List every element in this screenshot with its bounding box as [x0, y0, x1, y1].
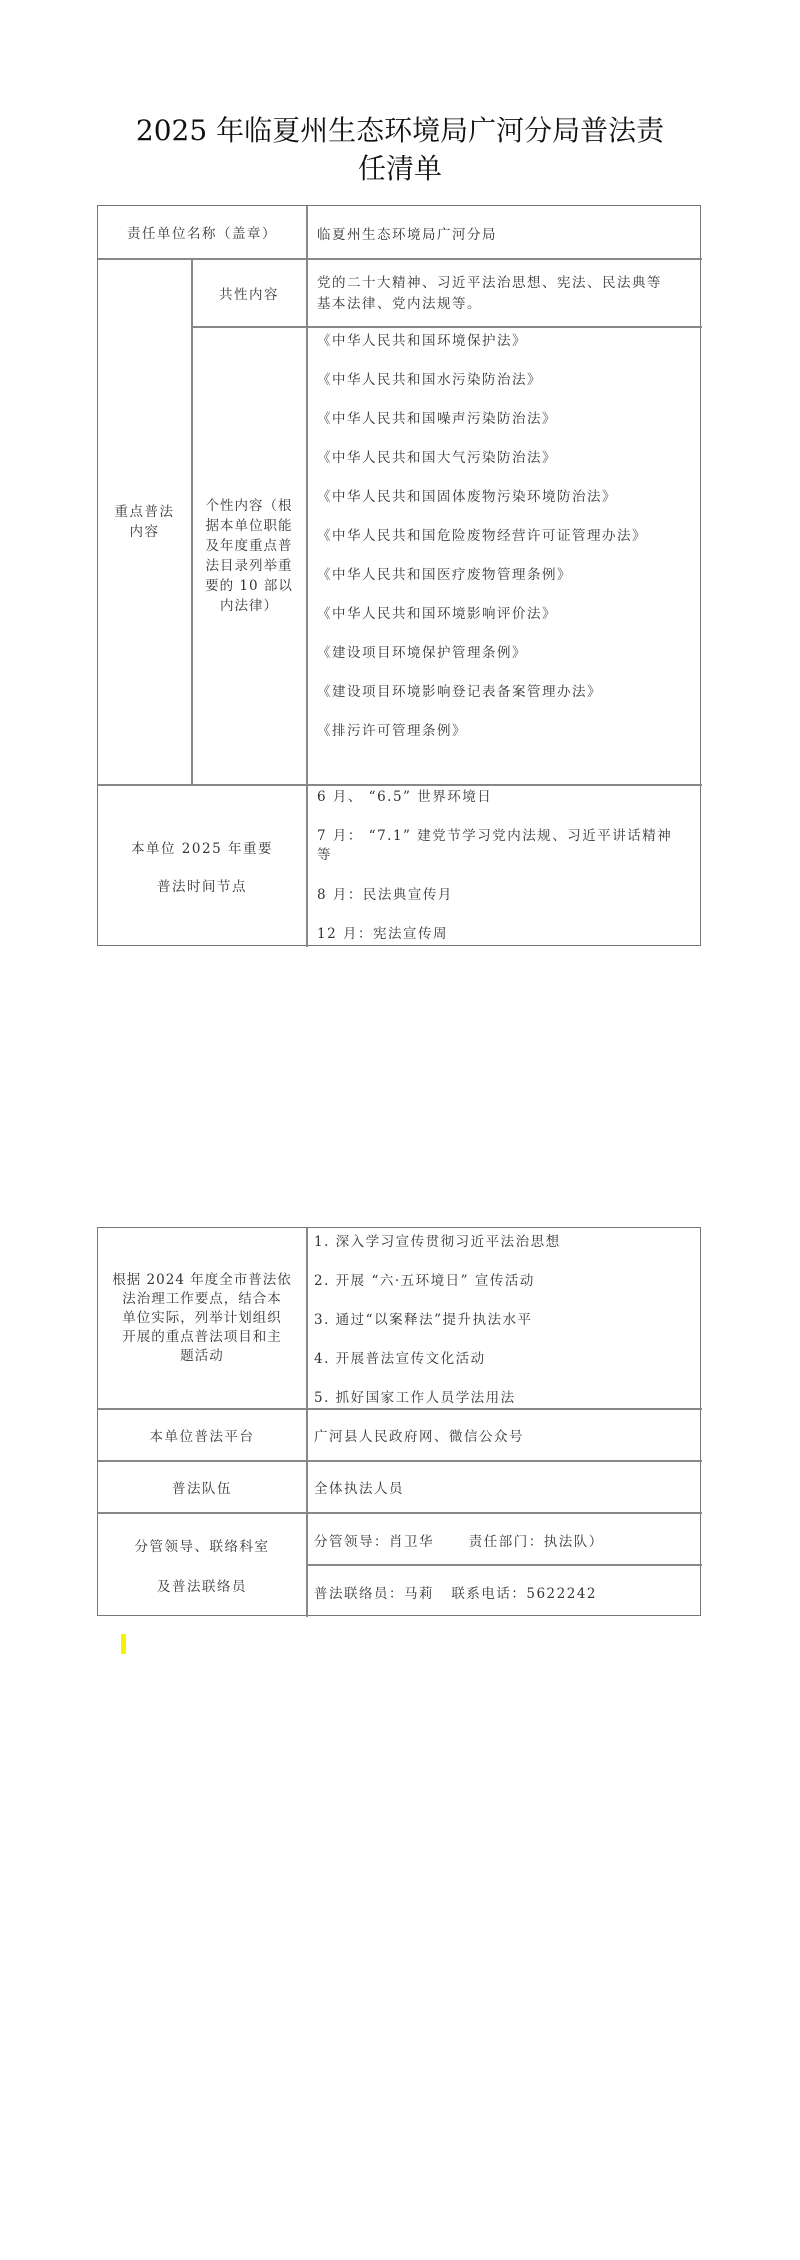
specific-label-line: 内法律）: [220, 596, 278, 616]
specific-label-line: 法目录列举重: [206, 556, 293, 576]
platform-value-text: 广河县人民政府网、微信公众号: [314, 1425, 524, 1445]
law-item: 《中华人民共和国环境保护法》: [317, 329, 527, 349]
projects-label-line: 题活动: [180, 1347, 224, 1366]
leader-text: 分管领导：肖卫华 责任部门：执法队）: [314, 1530, 604, 1550]
law-item: 《中华人民共和国固体废物污染环境防治法》: [317, 485, 617, 505]
time-node-item: 12 月：宪法宣传周: [317, 922, 448, 942]
law-item: 《建设项目环境保护管理条例》: [317, 641, 527, 661]
common-content-line: 党的二十大精神、习近平法治思想、宪法、民法典等: [317, 271, 662, 291]
platform-label: 本单位普法平台: [98, 1409, 306, 1460]
contacts-label: 分管领导、联络科室 及普法联络员: [98, 1513, 306, 1617]
projects-label-line: 开展的重点普法项目和主: [122, 1328, 282, 1347]
title-line-1: 2025 年临夏州生态环境局广河分局普法责: [80, 112, 720, 150]
common-content-value: 党的二十大精神、习近平法治思想、宪法、民法典等 基本法律、党内法规等。: [307, 259, 702, 326]
specific-label-line: 据本单位职能: [206, 516, 293, 536]
law-item: 《排污许可管理条例》: [317, 719, 467, 739]
time-node-item: 8 月：民法典宣传月: [317, 883, 453, 903]
key-content-label-line: 内容: [130, 522, 160, 542]
law-item: 《中华人民共和国大气污染防治法》: [317, 446, 557, 466]
specific-label-line: 及年度重点普: [206, 536, 293, 556]
liaison-text: 普法联络员：马莉 联系电话：5622242: [314, 1582, 597, 1602]
time-nodes-label-line: 本单位 2025 年重要: [131, 837, 273, 857]
laws-list: 《中华人民共和国环境保护法》 《中华人民共和国水污染防治法》 《中华人民共和国噪…: [307, 327, 702, 784]
time-nodes-label-line: 普法时间节点: [157, 875, 247, 895]
common-content-label-text: 共性内容: [219, 283, 279, 303]
highlight-mark: [121, 1634, 126, 1654]
law-item: 《建设项目环境影响登记表备案管理办法》: [317, 680, 602, 700]
specific-label-line: 要的 10 部以: [205, 576, 293, 596]
contacts-label-line: 及普法联络员: [157, 1575, 247, 1595]
document-title: 2025 年临夏州生态环境局广河分局普法责 任清单: [80, 112, 720, 188]
time-nodes-label: 本单位 2025 年重要 普法时间节点: [98, 785, 306, 947]
law-item: 《中华人民共和国危险废物经营许可证管理办法》: [317, 524, 647, 544]
team-label: 普法队伍: [98, 1461, 306, 1512]
project-item: 3. 通过“以案释法”提升执法水平: [314, 1308, 532, 1328]
law-item: 《中华人民共和国噪声污染防治法》: [317, 407, 557, 427]
title-line-2: 任清单: [80, 150, 720, 188]
law-item: 《中华人民共和国水污染防治法》: [317, 368, 542, 388]
team-value-text: 全体执法人员: [314, 1477, 404, 1497]
responsibility-table-2: 根据 2024 年度全市普法依 法治理工作要点，结合本 单位实际，列举计划组织 …: [97, 1227, 701, 1616]
projects-list: 1. 深入学习宣传贯彻习近平法治思想 2. 开展 “六·五环境日” 宣传活动 3…: [307, 1228, 702, 1408]
time-nodes-list: 6 月、 “6.5” 世界环境日 7 月： “7.1” 建党节学习党内法规、习近…: [307, 785, 702, 947]
contacts-label-line: 分管领导、联络科室: [135, 1535, 270, 1555]
unit-name-label-text: 责任单位名称（盖章）: [127, 222, 277, 242]
projects-label: 根据 2024 年度全市普法依 法治理工作要点，结合本 单位实际，列举计划组织 …: [98, 1228, 306, 1408]
leader-row: 分管领导：肖卫华 责任部门：执法队）: [307, 1513, 702, 1564]
project-item: 4. 开展普法宣传文化活动: [314, 1347, 486, 1367]
team-value: 全体执法人员: [307, 1461, 702, 1512]
unit-name-value: 临夏州生态环境局广河分局: [307, 206, 702, 258]
project-item: 1. 深入学习宣传贯彻习近平法治思想: [314, 1230, 561, 1250]
key-content-label: 重点普法 内容: [98, 259, 191, 784]
common-content-line: 基本法律、党内法规等。: [317, 292, 482, 312]
specific-label-line: 个性内容（根: [206, 496, 293, 516]
time-node-item: 等: [317, 843, 332, 863]
project-item: 2. 开展 “六·五环境日” 宣传活动: [314, 1269, 535, 1289]
unit-name-label: 责任单位名称（盖章）: [98, 206, 306, 258]
law-item: 《中华人民共和国医疗废物管理条例》: [317, 563, 572, 583]
law-item: 《中华人民共和国环境影响评价法》: [317, 602, 557, 622]
unit-name-value-text: 临夏州生态环境局广河分局: [317, 223, 497, 243]
key-content-label-line: 重点普法: [115, 502, 175, 522]
platform-value: 广河县人民政府网、微信公众号: [307, 1409, 702, 1460]
team-label-text: 普法队伍: [172, 1477, 232, 1497]
projects-label-line: 法治理工作要点，结合本: [122, 1290, 282, 1309]
time-node-item: 6 月、 “6.5” 世界环境日: [317, 785, 492, 805]
time-node-item: 7 月： “7.1” 建党节学习党内法规、习近平讲话精神: [317, 824, 672, 844]
specific-content-label: 个性内容（根 据本单位职能 及年度重点普 法目录列举重 要的 10 部以 内法律…: [192, 327, 306, 784]
common-content-label: 共性内容: [192, 259, 306, 326]
project-item: 5. 抓好国家工作人员学法用法: [314, 1386, 516, 1406]
responsibility-table-1: 责任单位名称（盖章） 临夏州生态环境局广河分局 重点普法 内容 共性内容 党的二…: [97, 205, 701, 946]
projects-label-line: 单位实际，列举计划组织: [122, 1309, 282, 1328]
platform-label-text: 本单位普法平台: [150, 1425, 255, 1445]
liaison-row: 普法联络员：马莉 联系电话：5622242: [307, 1565, 702, 1617]
projects-label-line: 根据 2024 年度全市普法依: [112, 1271, 291, 1290]
